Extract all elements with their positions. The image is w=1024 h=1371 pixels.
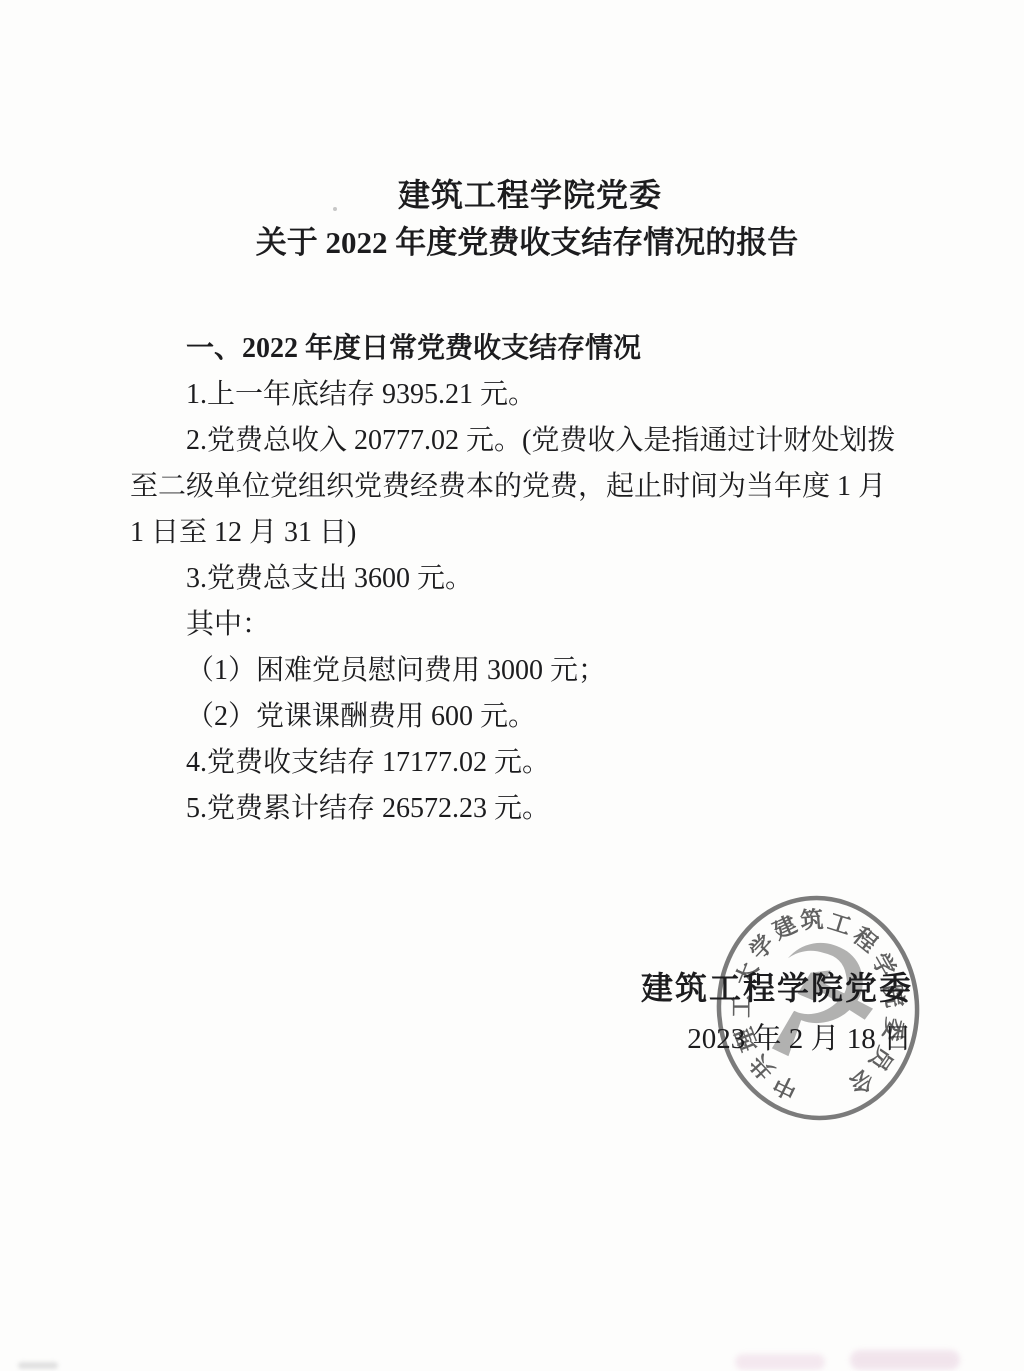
body-line: （2）党课课酬费用 600 元。 [130,694,924,740]
seal-ring-char: 筑 [799,901,824,936]
document-body: 一、2022 年度日常党费收支结存情况1.上一年底结存 9395.21 元。2.… [130,326,924,832]
document-title: 建筑工程学院党委 [36,176,1024,214]
scan-speck [333,207,337,211]
body-line: 其中： [130,602,924,648]
official-seal: ☭ 中共理工大学建筑工程学院委员会 [690,874,947,1142]
body-line: 至二级单位党组织党费经费本的党费，起止时间为当年度 1 月 [130,464,924,510]
scan-smudge [850,1350,960,1370]
scan-smudge [735,1354,825,1370]
body-line: （1）困难党员慰问费用 3000 元； [130,648,924,694]
body-line: 2.党费总收入 20777.02 元。(党费收入是指通过计财处划拨 [130,418,924,464]
body-line: 3.党费总支出 3600 元。 [130,556,924,602]
signature-org: 建筑工程学院党委 [641,968,913,1008]
body-line: 5.党费累计结存 26572.23 元。 [130,786,924,832]
document-page: 建筑工程学院党委 关于 2022 年度党费收支结存情况的报告 一、2022 年度… [0,0,1024,1371]
body-line: 一、2022 年度日常党费收支结存情况 [130,326,924,372]
document-subtitle: 关于 2022 年度党费收支结存情况的报告 [30,224,1024,262]
body-line: 1.上一年底结存 9395.21 元。 [130,372,924,418]
signature-date: 2023 年 2 月 18 日 [687,1021,912,1057]
body-line: 4.党费收支结存 17177.02 元。 [130,740,924,786]
body-line: 1 日至 12 月 31 日) [130,510,924,556]
scan-speck [18,1362,58,1369]
